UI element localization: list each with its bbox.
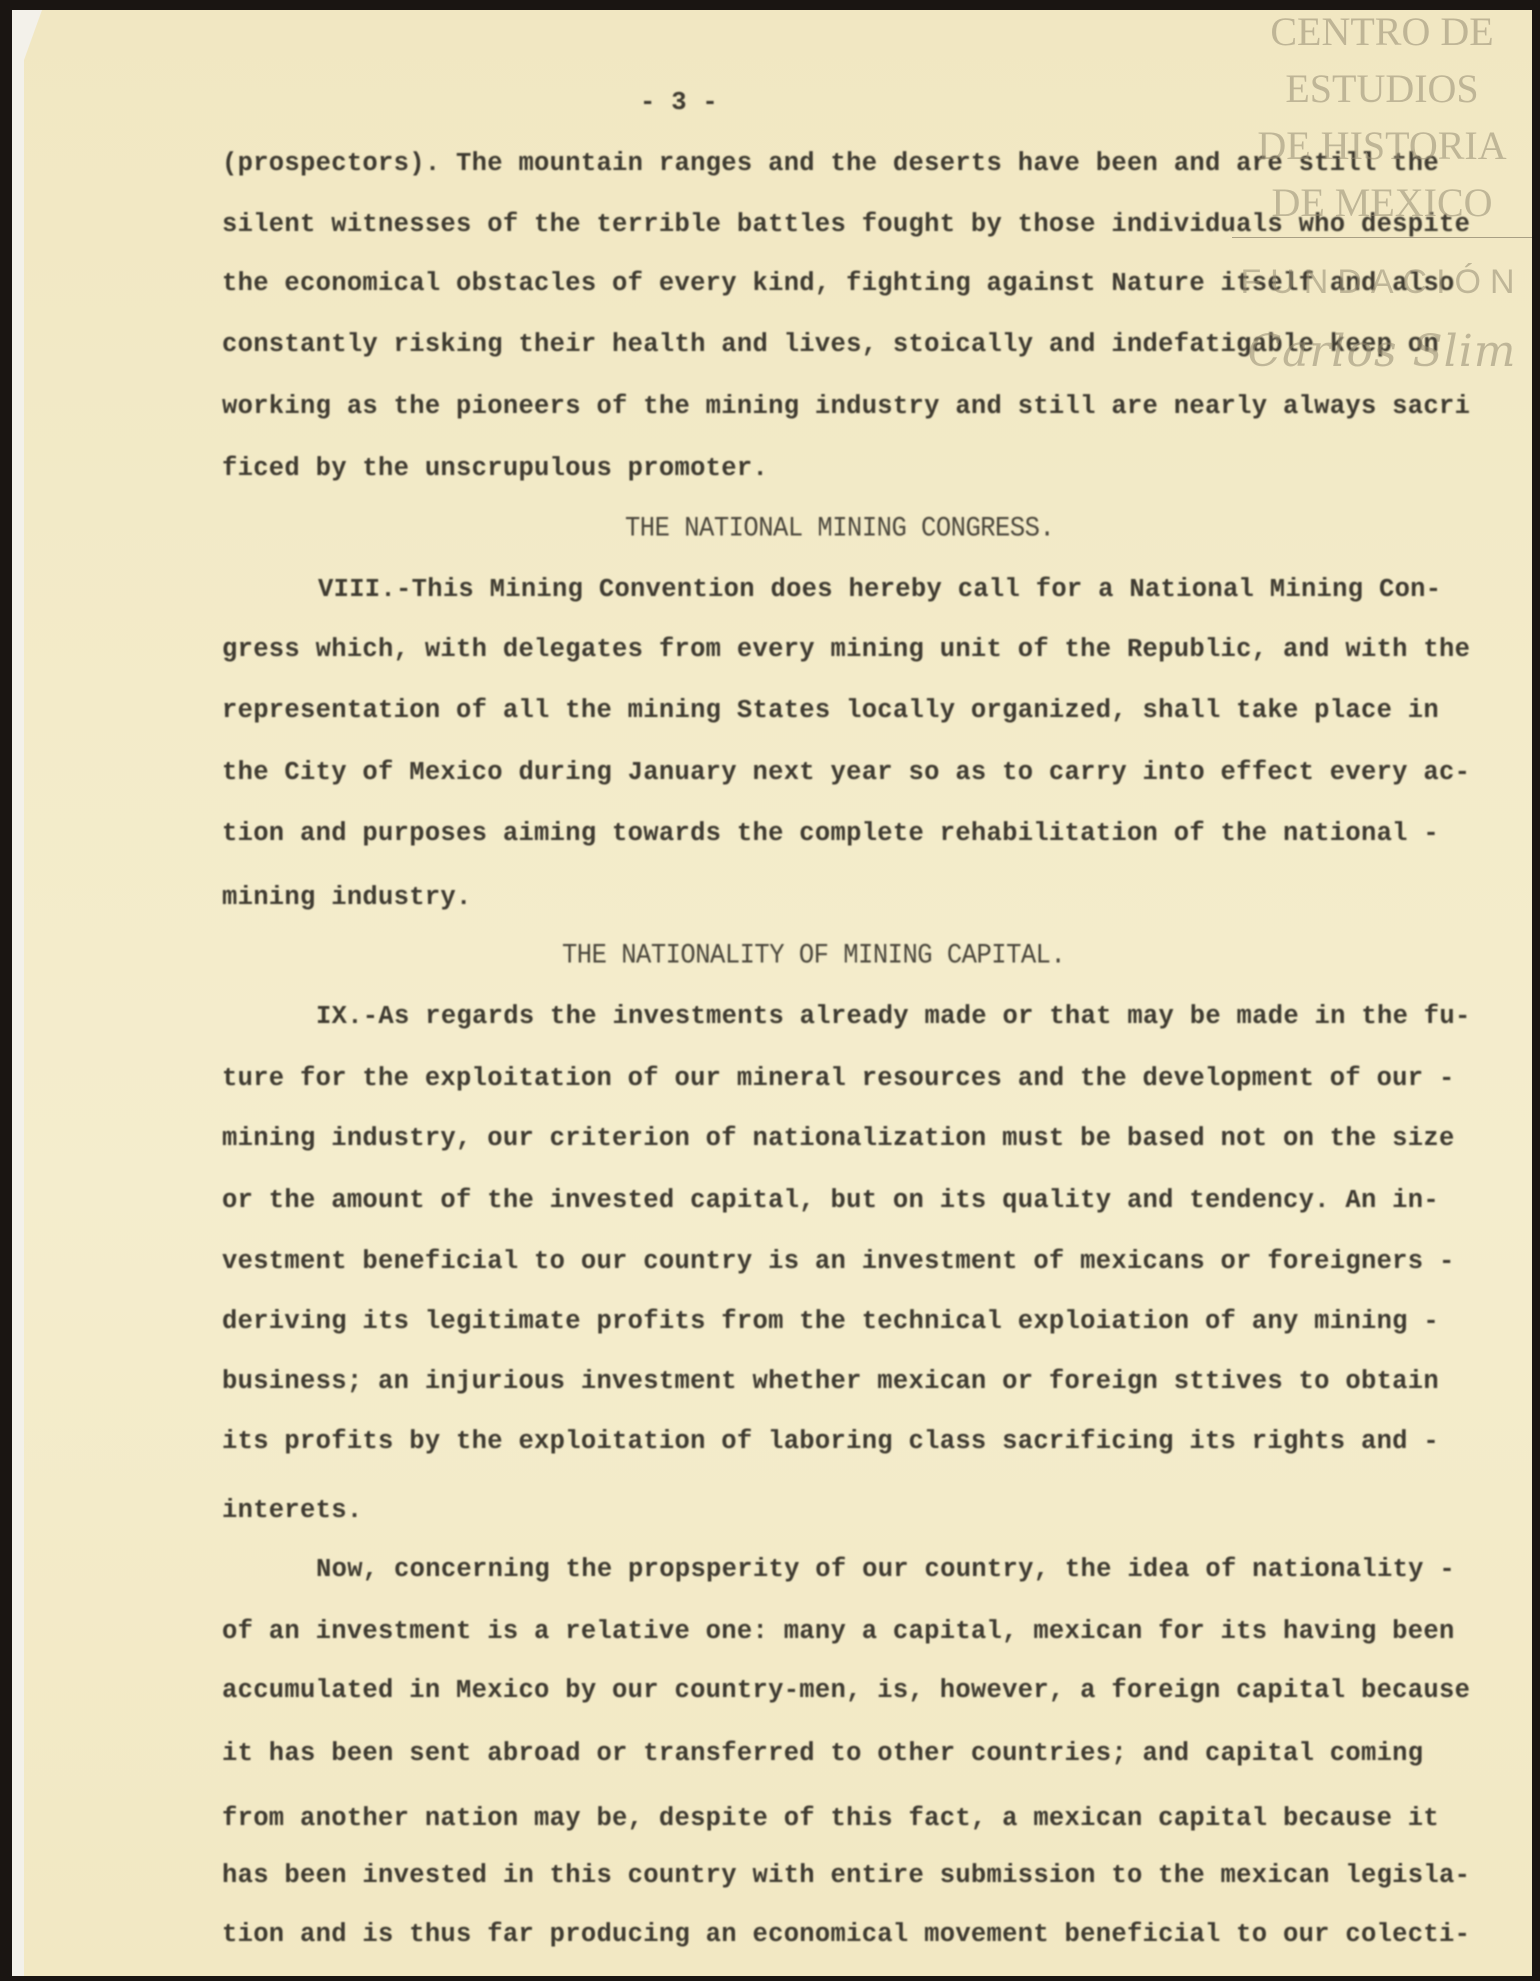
text-line: or the amount of the invested capital, b… — [222, 1186, 1439, 1216]
page-number: - 3 - — [640, 88, 718, 118]
text-line: IX.-As regards the investments already m… — [316, 1002, 1471, 1032]
watermark-line: DE HISTORIA — [1232, 124, 1532, 168]
watermark-signature: Carlos Slim — [1232, 330, 1532, 374]
text-line: of an investment is a relative one: many… — [222, 1617, 1455, 1647]
text-line: VIII.-This Mining Convention does hereby… — [318, 575, 1441, 605]
text-line: gress which, with delegates from every m… — [222, 635, 1470, 665]
watermark-foundation: FUNDACIÓN — [1232, 260, 1532, 304]
text-line: tion and purposes aiming towards the com… — [222, 819, 1439, 849]
text-line: the City of Mexico during January next y… — [222, 758, 1470, 788]
text-line: accumulated in Mexico by our country-men… — [222, 1676, 1470, 1706]
watermark-line: CENTRO DE — [1232, 10, 1532, 54]
text-line: mining industry. — [222, 883, 472, 913]
text-line: it has been sent abroad or transferred t… — [222, 1739, 1423, 1769]
section-heading: THE NATIONALITY OF MINING CAPITAL. — [562, 940, 1065, 973]
page-corner — [12, 10, 42, 60]
watermark-divider — [1232, 237, 1532, 238]
text-line: ficed by the unscrupulous promoter. — [222, 454, 768, 484]
text-line: mining industry, our criterion of nation… — [222, 1124, 1455, 1154]
watermark: CENTRO DE ESTUDIOS DE HISTORIA DE MEXICO… — [1232, 10, 1532, 410]
text-line: deriving its legitimate profits from the… — [222, 1307, 1439, 1337]
watermark-line: ESTUDIOS — [1232, 67, 1532, 111]
text-line: from another nation may be, despite of t… — [222, 1804, 1439, 1834]
watermark-line: DE MEXICO — [1232, 181, 1532, 225]
section-heading: THE NATIONAL MINING CONGRESS. — [625, 513, 1054, 546]
text-line: representation of all the mining States … — [222, 696, 1439, 726]
text-line: vestment beneficial to our country is an… — [222, 1247, 1455, 1277]
text-line: ture for the exploitation of our mineral… — [222, 1064, 1455, 1094]
text-line: tion and is thus far producing an econom… — [222, 1920, 1470, 1950]
text-line: interets. — [222, 1496, 362, 1526]
text-line: Now, concerning the propsperity of our c… — [316, 1555, 1455, 1585]
text-line: its profits by the exploitation of labor… — [222, 1427, 1439, 1457]
text-line: has been invested in this country with e… — [222, 1861, 1470, 1891]
text-line: business; an injurious investment whethe… — [222, 1367, 1439, 1397]
